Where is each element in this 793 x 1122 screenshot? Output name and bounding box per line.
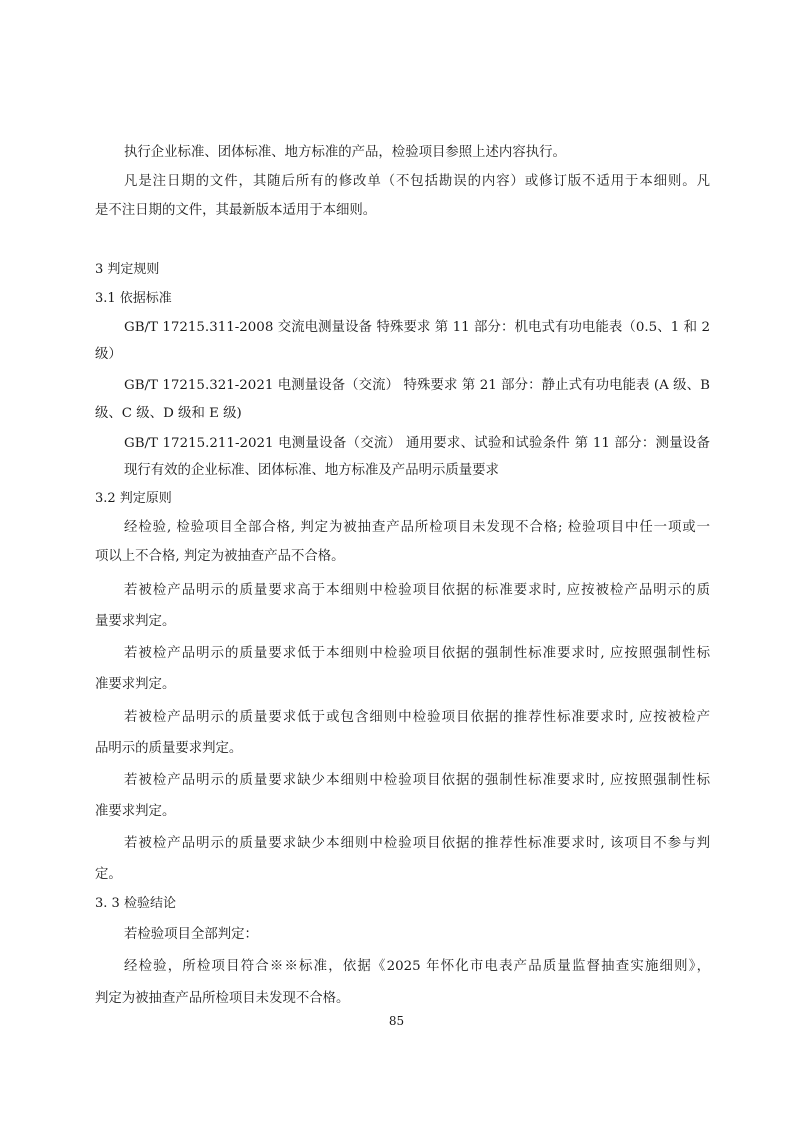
principle-3-line-1: 若被检产品明示的质量要求低于本细则中检验项目依据的强制性标准要求时, 应按照强制…	[124, 645, 710, 663]
standard-1-line-1: GB/T 17215.311-2008 交流电测量设备 特殊要求 第 11 部分…	[124, 319, 710, 337]
standard-3: GB/T 17215.211-2021 电测量设备（交流） 通用要求、试验和试验…	[124, 435, 710, 453]
principle-4-line-2: 品明示的质量要求判定。	[95, 740, 710, 758]
section-3-heading: 3 判定规则	[95, 261, 710, 279]
section-3-2-heading: 3.2 判定原则	[95, 490, 710, 508]
principle-1-line-2: 项以上不合格, 判定为被抽查产品不合格。	[95, 548, 710, 566]
standard-2-line-1: GB/T 17215.321-2021 电测量设备（交流） 特殊要求 第 21 …	[124, 377, 710, 395]
section-3-1-heading: 3.1 依据标准	[95, 290, 710, 308]
intro-paragraph-2-line-1: 凡是注日期的文件，其随后所有的修改单（不包括勘误的内容）或修订版不适用于本细则。…	[124, 173, 710, 191]
standard-2-line-2: 级、C 级、D 级和 E 级)	[95, 405, 710, 423]
standard-1-line-2: 级）	[95, 346, 710, 364]
conclusion-paragraph-2-line-2: 判定为被抽查产品所检项目未发现不合格。	[95, 990, 710, 1008]
intro-paragraph-2-line-2: 是不注日期的文件，其最新版本适用于本细则。	[95, 202, 710, 220]
principle-2-line-2: 量要求判定。	[95, 613, 710, 631]
principle-1-line-1: 经检验, 检验项目全部合格, 判定为被抽查产品所检项目未发现不合格; 检验项目中…	[124, 519, 710, 537]
intro-paragraph-1: 执行企业标准、团体标准、地方标准的产品，检验项目参照上述内容执行。	[124, 144, 710, 162]
conclusion-paragraph-2-line-1: 经检验，所检项目符合※※标准，依据《2025 年怀化市电表产品质量监督抽查实施细…	[124, 958, 710, 976]
principle-4-line-1: 若被检产品明示的质量要求低于或包含细则中检验项目依据的推荐性标准要求时, 应按被…	[124, 709, 710, 727]
principle-5-line-1: 若被检产品明示的质量要求缺少本细则中检验项目依据的强制性标准要求时, 应按照强制…	[124, 772, 710, 790]
conclusion-paragraph-1: 若检验项目全部判定：	[124, 926, 710, 944]
section-3-3-heading: 3. 3 检验结论	[95, 895, 710, 913]
principle-6-line-2: 定。	[95, 866, 710, 884]
standard-4: 现行有效的企业标准、团体标准、地方标准及产品明示质量要求	[124, 462, 710, 480]
principle-5-line-2: 准要求判定。	[95, 803, 710, 821]
page-number: 85	[0, 1013, 793, 1029]
principle-3-line-2: 准要求判定。	[95, 676, 710, 694]
principle-2-line-1: 若被检产品明示的质量要求高于本细则中检验项目依据的标准要求时, 应按被检产品明示…	[124, 582, 710, 600]
document-page: 执行企业标准、团体标准、地方标准的产品，检验项目参照上述内容执行。 凡是注日期的…	[0, 0, 793, 1122]
principle-6-line-1: 若被检产品明示的质量要求缺少本细则中检验项目依据的推荐性标准要求时, 该项目不参…	[124, 835, 710, 853]
